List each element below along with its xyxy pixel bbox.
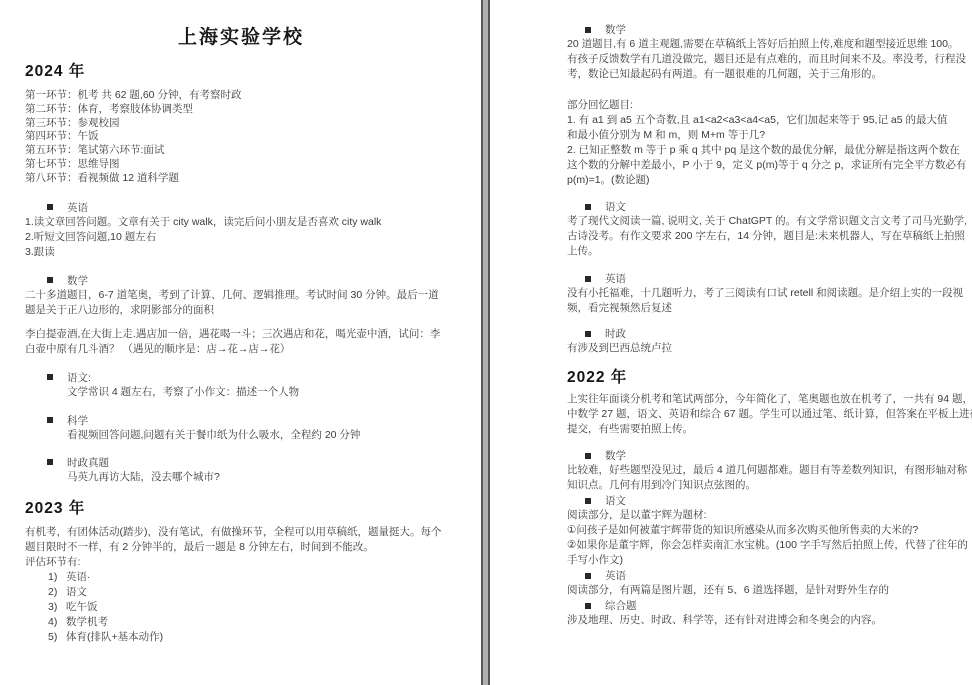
section-bullet-politics-2023: 时政	[585, 326, 952, 341]
step-line: 第三环节：参观校园	[25, 117, 457, 131]
text-line: 考，数论已知最起码有两道。有一题很难的几何题，关于三角形的。	[567, 67, 952, 82]
list-number: 1)	[48, 570, 66, 585]
list-text: 吃午饭	[66, 600, 98, 615]
list-text: 数学机考	[66, 615, 108, 630]
text-line: 知识点。几何有用到冷门知识点弦图的。	[567, 478, 952, 493]
section-label: 英语	[605, 568, 626, 583]
text-line: 上实往年面谈分机考和笔试两部分，今年简化了，笔奥题也放在机考了，一共有 94 题…	[567, 392, 952, 407]
section-label: 数学	[605, 448, 626, 463]
text-line: 部分回忆题目:	[567, 98, 952, 113]
bullet-square-icon	[47, 277, 53, 283]
section-bullet-english-2022: 英语	[585, 568, 952, 583]
list-text: 语文	[66, 585, 87, 600]
step-line: 第八环节：看视频做 12 道科学题	[25, 172, 457, 186]
bullet-square-icon	[47, 374, 53, 380]
section-label: 综合题	[605, 598, 637, 613]
section-label: 数学	[67, 273, 88, 288]
bullet-square-icon	[585, 27, 591, 33]
year-2023-heading: 2023 年	[25, 499, 457, 519]
text-line: 2. 已知正整数 m 等于 p 乘 q 其中 pq 是这个数的最优分解，最优分解…	[567, 143, 952, 158]
bullet-square-icon	[47, 204, 53, 210]
list-item: 5) 体育(排队+基本动作)	[48, 630, 457, 645]
section-bullet-math-2022: 数学	[585, 448, 952, 463]
bullet-square-icon	[585, 573, 591, 579]
text-line: p(m)=1。(数论题)	[567, 173, 952, 188]
text-line: ②如果你是董宇辉，你会怎样卖南汇水宝桃。(100 字手写然后拍照上传，代替了往年…	[567, 538, 952, 553]
bullet-square-icon	[585, 498, 591, 504]
list-number: 3)	[48, 600, 66, 615]
text-line: 题是关于正八边形的，求阴影部分的面积	[25, 303, 457, 318]
list-item: 2) 语文	[48, 585, 457, 600]
step-line: 第一环节：机考 共 62 题,60 分钟，有考察时政	[25, 89, 457, 103]
section-bullet-english-2024: 英语	[47, 200, 457, 215]
list-item: 3) 吃午饭	[48, 600, 457, 615]
exam-steps-2024: 第一环节：机考 共 62 题,60 分钟，有考察时政 第二环节：体育，考察肢体协…	[25, 89, 457, 186]
text-line: 阅读部分，有两篇是图片题，还有 5、6 道选择题，是针对野外生存的	[567, 583, 952, 598]
page-left: 上海实验学校 2024 年 第一环节：机考 共 62 题,60 分钟，有考察时政…	[0, 0, 481, 685]
step-line: 第四环节：午饭	[25, 130, 457, 144]
text-line: 考了现代文阅读一篇, 说明文, 关于 ChatGPT 的。有文学常识题文言文考了…	[567, 214, 952, 229]
text-line: 古诗没考。有作文要求 200 字左右，14 分钟，题目是:未来机器人，写在草稿纸…	[567, 229, 952, 244]
text-line: 1.读文章回答问题。文章有关于 city walk，读完后问小朋友是否喜欢 ci…	[25, 215, 457, 230]
section-label: 英语	[67, 200, 88, 215]
bullet-square-icon	[585, 204, 591, 210]
text-line: 上传。	[567, 244, 952, 259]
text-line: 20 道题目,有 6 道主观题,需要在草稿纸上答好后拍照上传,难度和题型接近思维…	[567, 37, 952, 52]
text-line: 题目限时不一样，有 2 分钟半的，最后一题是 8 分钟左右，时间到不能改。	[25, 540, 457, 555]
text-line: 没有小托福难，十几题听力，考了三阅读有口试 retell 和阅读题。是介绍上实的…	[567, 286, 952, 301]
year-2024-heading: 2024 年	[25, 62, 457, 82]
section-bullet-math-2023: 数学	[585, 22, 952, 37]
section-bullet-math-2024: 数学	[47, 273, 457, 288]
bullet-square-icon	[47, 459, 53, 465]
section-bullet-politics-2024: 时政真题	[47, 455, 457, 470]
section-bullet-chinese-2023: 语文	[585, 199, 952, 214]
bullet-square-icon	[47, 417, 53, 423]
text-line: 提交，有些需要拍照上传。	[567, 422, 952, 437]
document-title: 上海实验学校	[25, 26, 457, 50]
text-line: 评估环节有:	[25, 555, 457, 570]
text-line: 手写小作文)	[567, 553, 952, 568]
section-label: 时政	[605, 326, 626, 341]
text-line: 有机考，有团体活动(踏步)，没有笔试，有做操环节，全程可以用草稿纸，题量挺大。每…	[25, 525, 457, 540]
section-label: 语文	[605, 199, 626, 214]
bullet-square-icon	[585, 453, 591, 459]
section-bullet-chinese-2022: 语文	[585, 493, 952, 508]
list-number: 2)	[48, 585, 66, 600]
step-line: 第二环节：体育，考察肢体协调类型	[25, 103, 457, 117]
text-line: 比较难，好些题型没见过，最后 4 道几何题都难。题目有等差数列知识，有图形轴对称	[567, 463, 952, 478]
text-line: 二十多道题目，6-7 道笔奥，考到了计算、几何、逻辑推理。考试时间 30 分钟。…	[25, 288, 457, 303]
text-line: 这个数的分解中差最小，P 小于 9，定义 p(m)等于 q 分之 p，求证所有完…	[567, 158, 952, 173]
text-line: 阅读部分，是以董宇辉为题材:	[567, 508, 952, 523]
section-bullet-chinese-2024: 语文:	[47, 370, 457, 385]
year-2022-heading: 2022 年	[567, 368, 952, 388]
list-text: 英语·	[66, 570, 91, 585]
list-number: 5)	[48, 630, 66, 645]
section-bullet-science-2024: 科学	[47, 413, 457, 428]
text-line: 2.听短文回答问题,10 题左右	[25, 230, 457, 245]
bullet-square-icon	[585, 276, 591, 282]
section-label: 英语	[605, 271, 626, 286]
text-line: 和最小值分别为 M 和 m，则 M+m 等于几?	[567, 128, 952, 143]
bullet-square-icon	[585, 331, 591, 337]
section-label: 语文	[605, 493, 626, 508]
list-item: 4) 数学机考	[48, 615, 457, 630]
page-divider	[481, 0, 490, 685]
section-label: 数学	[605, 22, 626, 37]
text-line: 文学常识 4 题左右，考察了小作文：描述一个人物	[67, 385, 457, 400]
bullet-square-icon	[585, 603, 591, 609]
step-line: 第七环节：思维导图	[25, 158, 457, 172]
list-text: 体育(排队+基本动作)	[66, 630, 163, 645]
section-bullet-english-2023: 英语	[585, 271, 952, 286]
page-right: 数学 20 道题目,有 6 道主观题,需要在草稿纸上答好后拍照上传,难度和题型接…	[490, 0, 972, 685]
text-line: 3.跟读	[25, 245, 457, 260]
section-label: 时政真题	[67, 455, 109, 470]
list-number: 4)	[48, 615, 66, 630]
step-line: 第五环节：笔试第六环节:面试	[25, 144, 457, 158]
text-line: 看视频回答问题,问题有关于餐巾纸为什么吸水，全程约 20 分钟	[67, 428, 457, 443]
text-line: 马英九再访大陆，没去哪个城市?	[67, 470, 457, 485]
text-line: 有孩子反馈数学有几道没做完，题目还是有点难的，而且时间来不及。率没考，行程没	[567, 52, 952, 67]
text-line: 中数学 27 题，语文、英语和综合 67 题。学生可以通过笔、纸计算，但答案在平…	[567, 407, 952, 422]
text-line: 频，看完视频然后复述	[567, 301, 952, 316]
section-bullet-comprehensive-2022: 综合题	[585, 598, 952, 613]
list-item: 1) 英语·	[48, 570, 457, 585]
text-line: ①问孩子是如何被董宇辉带货的知识所感染从而多次购买他所售卖的大米的?	[567, 523, 952, 538]
text-line: 涉及地理、历史、时政、科学等，还有针对进博会和冬奥会的内容。	[567, 613, 952, 628]
text-line: 白壶中原有几斗酒？ （遇见的顺序是：店→花→店→花）	[25, 342, 457, 357]
text-line: 1. 有 a1 到 a5 五个奇数,且 a1<a2<a3<a4<a5，它们加起来…	[567, 113, 952, 128]
text-line: 有涉及到巴西总统卢拉	[567, 341, 952, 356]
text-line: 李白提壶酒,在大街上走.遇店加一倍，遇花喝一斗；三次遇店和花，喝光壶中酒，试问：…	[25, 327, 457, 342]
section-label: 科学	[67, 413, 88, 428]
section-label: 语文:	[67, 370, 91, 385]
